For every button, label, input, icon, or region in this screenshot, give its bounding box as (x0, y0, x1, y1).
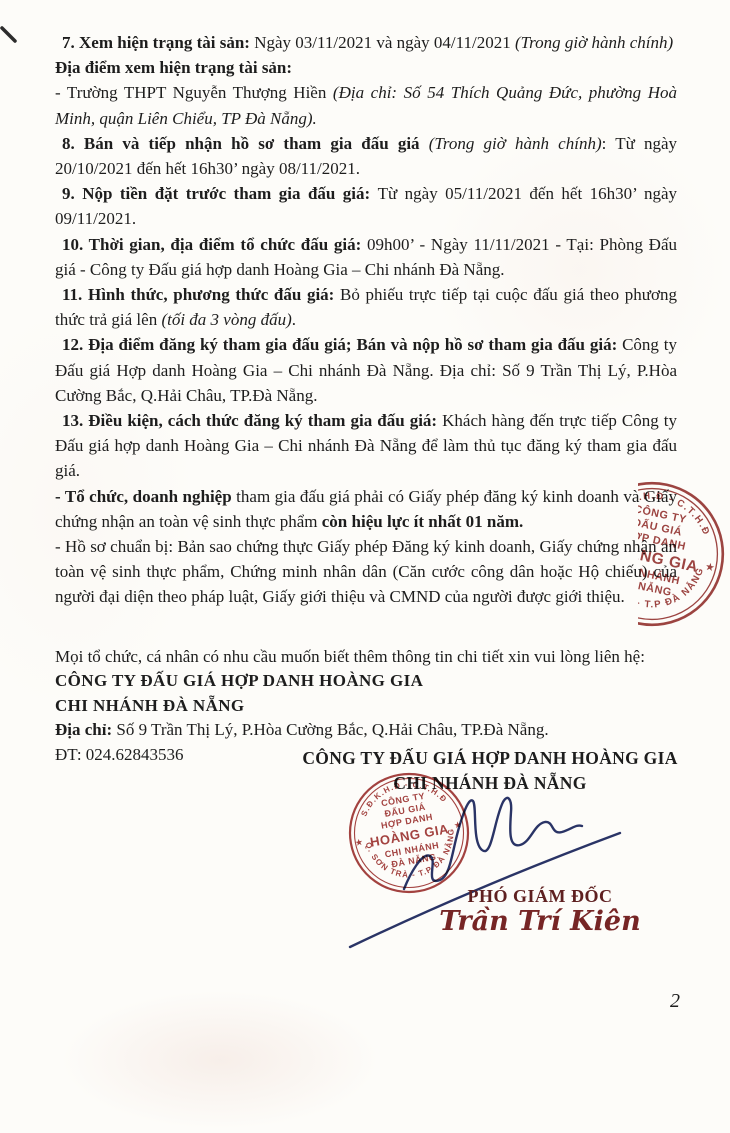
paragraph: - Tổ chức, doanh nghiệp tham gia đấu giá… (55, 484, 677, 534)
text-run: (tối đa 3 vòng đấu) (161, 310, 291, 329)
text-run: 9. Nộp tiền đặt trước tham gia đấu giá: (62, 184, 378, 203)
text-run: - Hồ sơ chuẩn bị: Bản sao chứng thực Giấ… (55, 537, 677, 606)
contact-intro: Mọi tổ chức, cá nhân có nhu cầu muốn biế… (55, 645, 677, 670)
text-run: còn hiệu lực ít nhất 01 năm. (322, 512, 523, 531)
paragraph: 13. Điều kiện, cách thức đăng ký tham gi… (55, 408, 677, 484)
text-run: Ngày 03/11/2021 và ngày 04/11/2021 (254, 33, 515, 52)
document-body: 7. Xem hiện trạng tài sản: Ngày 03/11/20… (55, 30, 677, 767)
partial-stamp: S.Đ.K.H.Đ - C.T.H.Đ Q. SƠN TRÀ - T.P ĐÀ … (638, 468, 730, 642)
corner-pen-mark (0, 20, 30, 60)
signer-title: PHÓ GIÁM ĐỐC (420, 886, 660, 907)
text-run: 8. Bán và tiếp nhận hồ sơ tham gia đấu g… (62, 134, 429, 153)
paragraph: - Trường THPT Nguyễn Thượng Hiền (Địa ch… (55, 80, 677, 130)
text-run: (Trong giờ hành chính) (515, 33, 673, 52)
text-run: 12. Địa điểm đăng ký tham gia đấu giá; B… (62, 335, 622, 354)
paragraph-list: 7. Xem hiện trạng tài sản: Ngày 03/11/20… (55, 30, 677, 610)
text-run: 10. Thời gian, địa điểm tổ chức đấu giá: (62, 235, 367, 254)
paragraph: 7. Xem hiện trạng tài sản: Ngày 03/11/20… (55, 30, 677, 55)
contact-company-name: CÔNG TY ĐẤU GIÁ HỢP DANH HOÀNG GIA (55, 669, 677, 694)
text-run: - Tổ chức, doanh nghiệp (55, 487, 236, 506)
text-run: 7. Xem hiện trạng tài sản: (62, 33, 254, 52)
paragraph: 8. Bán và tiếp nhận hồ sơ tham gia đấu g… (55, 131, 677, 181)
paragraph: - Hồ sơ chuẩn bị: Bản sao chứng thực Giấ… (55, 534, 677, 610)
paragraph: 10. Thời gian, địa điểm tổ chức đấu giá:… (55, 232, 677, 282)
text-run: (Trong giờ hành chính) (429, 134, 602, 153)
text-run: 11. Hình thức, phương thức đấu giá: (62, 285, 340, 304)
paragraph: 11. Hình thức, phương thức đấu giá: Bỏ p… (55, 282, 677, 332)
address-label: Địa chỉ: (55, 720, 116, 739)
partial-stamp-graphic: S.Đ.K.H.Đ - C.T.H.Đ Q. SƠN TRÀ - T.P ĐÀ … (638, 470, 730, 638)
paragraph: 9. Nộp tiền đặt trước tham gia đấu giá: … (55, 181, 677, 231)
signature-stroke (404, 798, 582, 889)
text-run: Địa điểm xem hiện trạng tài sản: (55, 58, 292, 77)
stamp-star-right: ★ (704, 561, 716, 575)
paragraph: Địa điểm xem hiện trạng tài sản: (55, 55, 677, 80)
text-run: . (292, 310, 296, 329)
document-page: 7. Xem hiện trạng tài sản: Ngày 03/11/20… (0, 0, 730, 1133)
contact-branch-name: CHI NHÁNH ĐÀ NẴNG (55, 694, 677, 719)
paper-texture (60, 990, 380, 1130)
page-number: 2 (658, 990, 692, 1013)
paragraph: 12. Địa điểm đăng ký tham gia đấu giá; B… (55, 332, 677, 408)
signer-name: Trần Trí Kiên (410, 906, 670, 937)
address-value: Số 9 Trần Thị Lý, P.Hòa Cường Bắc, Q.Hải… (116, 720, 548, 739)
contact-address: Địa chỉ: Số 9 Trần Thị Lý, P.Hòa Cường B… (55, 718, 677, 743)
text-run: 13. Điều kiện, cách thức đăng ký tham gi… (62, 411, 442, 430)
text-run: - Trường THPT Nguyễn Thượng Hiền (55, 83, 333, 102)
